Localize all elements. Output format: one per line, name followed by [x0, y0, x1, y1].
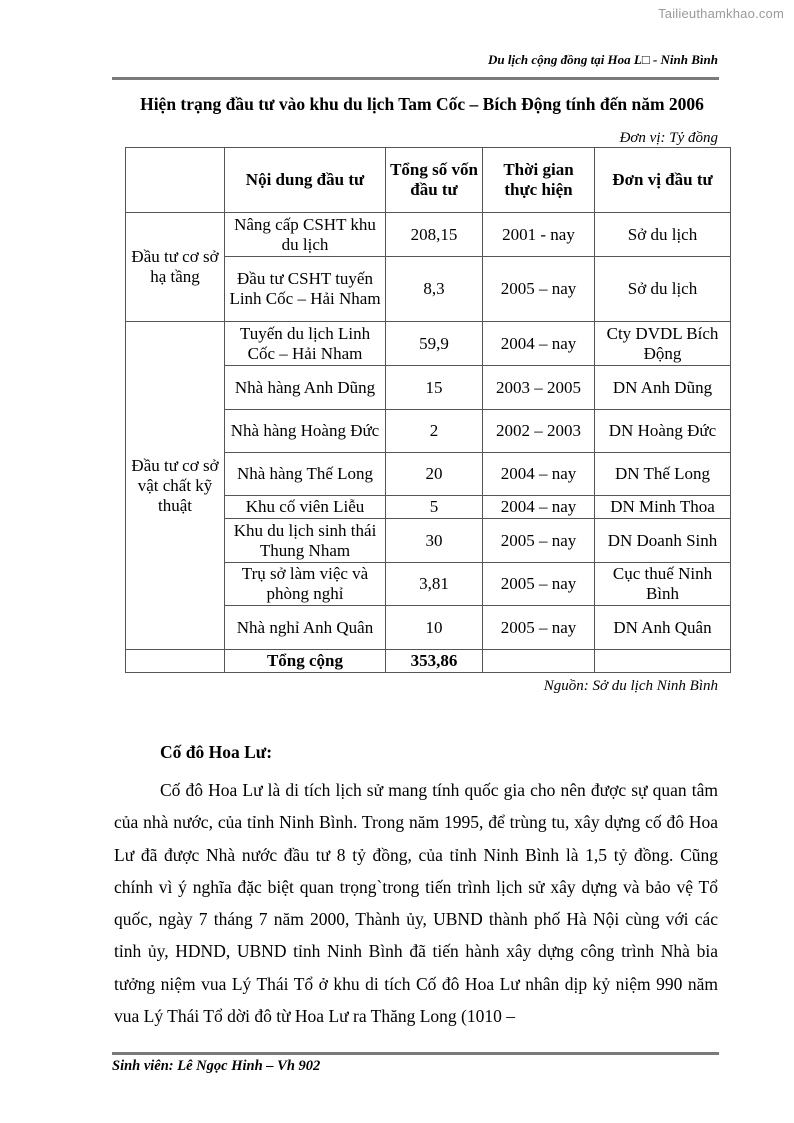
body-paragraph: Cố đô Hoa Lư là di tích lịch sử mang tín…: [114, 774, 718, 1032]
period-cell: 2002 – 2003: [483, 410, 595, 453]
total-row: Tổng cộng353,86: [126, 650, 731, 673]
running-header: Du lịch cộng đồng tại Hoa L□ - Ninh Bình: [112, 52, 718, 68]
total-label: Tổng cộng: [225, 650, 386, 673]
investor-cell: Cty DVDL Bích Động: [595, 322, 731, 366]
period-cell: 2005 – nay: [483, 519, 595, 563]
header-capital: Tổng số vốn đầu tư: [386, 148, 483, 213]
capital-cell: 3,81: [386, 563, 483, 606]
watermark: Tailieuthamkhao.com: [658, 6, 784, 21]
capital-cell: 15: [386, 366, 483, 410]
footer-text: Sinh viên: Lê Ngọc Hinh – Vh 902: [112, 1058, 320, 1075]
capital-cell: 59,9: [386, 322, 483, 366]
content-cell: Khu du lịch sinh thái Thung Nham: [225, 519, 386, 563]
capital-cell: 8,3: [386, 257, 483, 322]
period-cell: 2004 – nay: [483, 453, 595, 496]
investment-table: Nội dung đầu tư Tổng số vốn đầu tư Thời …: [125, 147, 731, 673]
content-cell: Nhà nghỉ Anh Quân: [225, 606, 386, 650]
total-empty-cell: [126, 650, 225, 673]
table-title: Hiện trạng đầu tư vào khu du lịch Tam Cố…: [112, 94, 732, 115]
header-investor: Đơn vị đầu tư: [595, 148, 731, 213]
content-cell: Nhà hàng Thế Long: [225, 453, 386, 496]
header-content: Nội dung đầu tư: [225, 148, 386, 213]
investor-cell: Sở du lịch: [595, 257, 731, 322]
header-rule: [112, 77, 719, 80]
period-cell: 2005 – nay: [483, 563, 595, 606]
investor-cell: DN Thế Long: [595, 453, 731, 496]
period-cell: 2004 – nay: [483, 322, 595, 366]
investor-cell: DN Doanh Sinh: [595, 519, 731, 563]
header-period: Thời gian thực hiện: [483, 148, 595, 213]
capital-cell: 10: [386, 606, 483, 650]
period-cell: 2001 - nay: [483, 213, 595, 257]
content-cell: Nâng cấp CSHT khu du lịch: [225, 213, 386, 257]
total-empty-cell: [595, 650, 731, 673]
capital-cell: 30: [386, 519, 483, 563]
header-category: [126, 148, 225, 213]
period-cell: 2003 – 2005: [483, 366, 595, 410]
section-heading: Cố đô Hoa Lư:: [160, 742, 272, 763]
investor-cell: DN Anh Dũng: [595, 366, 731, 410]
investor-cell: DN Minh Thoa: [595, 496, 731, 519]
content-cell: Nhà hàng Anh Dũng: [225, 366, 386, 410]
investor-cell: Cục thuế Ninh Bình: [595, 563, 731, 606]
period-cell: 2005 – nay: [483, 606, 595, 650]
unit-note: Đơn vị: Tỷ đồng: [620, 130, 718, 147]
content-cell: Nhà hàng Hoàng Đức: [225, 410, 386, 453]
table-body: Đầu tư cơ sở hạ tầngNâng cấp CSHT khu du…: [126, 213, 731, 673]
footer-rule: [112, 1052, 719, 1055]
category-cell: Đầu tư cơ sở hạ tầng: [126, 213, 225, 322]
content-cell: Đầu tư CSHT tuyến Linh Cốc – Hải Nham: [225, 257, 386, 322]
investor-cell: DN Anh Quân: [595, 606, 731, 650]
investor-cell: DN Hoàng Đức: [595, 410, 731, 453]
content-cell: Tuyến du lịch Linh Cốc – Hải Nham: [225, 322, 386, 366]
category-cell: Đầu tư cơ sở vật chất kỹ thuật: [126, 322, 225, 650]
content-cell: Khu cố viên Liễu: [225, 496, 386, 519]
total-capital: 353,86: [386, 650, 483, 673]
table-row: Đầu tư cơ sở hạ tầngNâng cấp CSHT khu du…: [126, 213, 731, 257]
table-header-row: Nội dung đầu tư Tổng số vốn đầu tư Thời …: [126, 148, 731, 213]
period-cell: 2005 – nay: [483, 257, 595, 322]
content-cell: Trụ sở làm việc và phòng nghỉ: [225, 563, 386, 606]
table-row: Đầu tư cơ sở vật chất kỹ thuậtTuyến du l…: [126, 322, 731, 366]
period-cell: 2004 – nay: [483, 496, 595, 519]
source-note: Nguồn: Sở du lịch Ninh Bình: [544, 678, 718, 695]
total-empty-cell: [483, 650, 595, 673]
capital-cell: 2: [386, 410, 483, 453]
capital-cell: 20: [386, 453, 483, 496]
capital-cell: 208,15: [386, 213, 483, 257]
capital-cell: 5: [386, 496, 483, 519]
investor-cell: Sở du lịch: [595, 213, 731, 257]
